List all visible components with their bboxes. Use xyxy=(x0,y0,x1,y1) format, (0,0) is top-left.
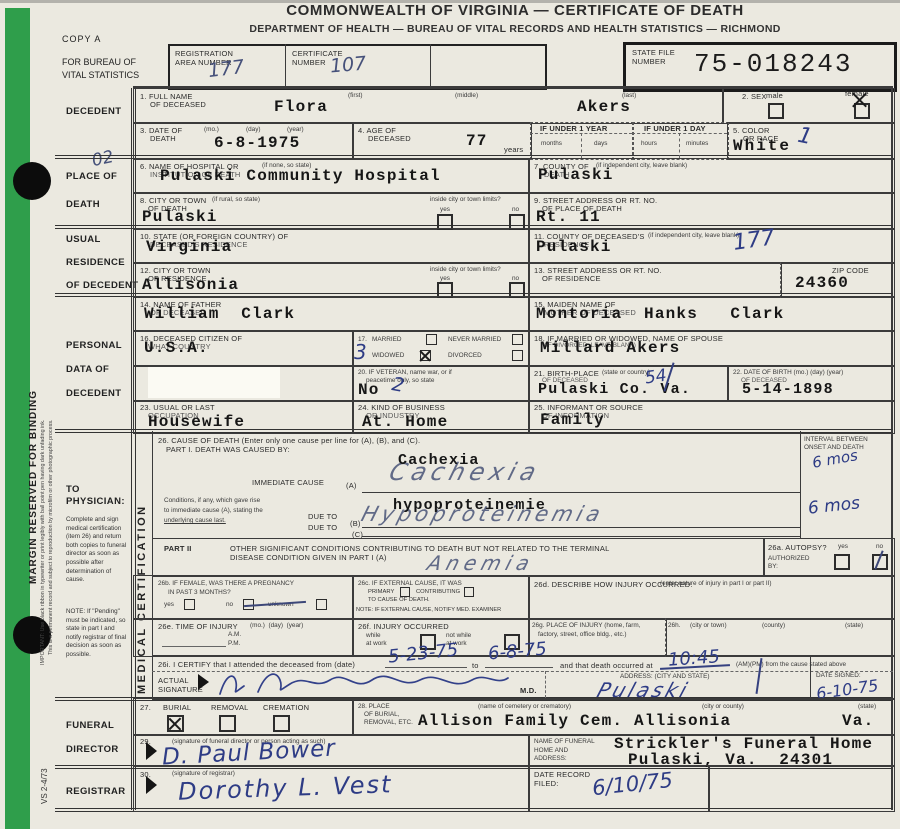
sidebar-decedent: DECEDENT xyxy=(66,106,121,117)
checkbox-never-married xyxy=(512,334,523,345)
cremation-label: CREMATION xyxy=(263,703,309,712)
place-of-injury-label-2: factory, street, office bldg., etc.) xyxy=(538,631,627,638)
county-of-death-value: Pulaski xyxy=(538,166,614,184)
injury-state-label: (state) xyxy=(845,622,863,629)
day-label: (day) xyxy=(246,126,261,133)
death-street-value: Rt. 11 xyxy=(536,208,601,226)
injury-city-label: (city or town) xyxy=(690,622,727,629)
residence-limits-no-label: no xyxy=(512,275,519,282)
external-primary-label: PRIMARY xyxy=(368,589,394,595)
binding-green-bar xyxy=(5,8,30,829)
registrar-empty-cell xyxy=(708,765,895,812)
sidebar-registrar: REGISTRAR xyxy=(66,786,126,797)
place-of-burial-label-2: OF BURIAL, xyxy=(364,711,400,718)
under-day-divider-v xyxy=(679,133,680,158)
form-code: VS 2-4/73 xyxy=(40,742,49,804)
city-limits-no-label: no xyxy=(512,206,519,213)
autopsy-yes-label: yes xyxy=(838,543,848,550)
residence-state-value: Virginia xyxy=(146,238,232,256)
sex-female-check-mark xyxy=(852,92,868,106)
due-to-c-label: DUE TO xyxy=(308,523,337,532)
checkbox-removal xyxy=(219,715,236,732)
registrar-arrow-icon xyxy=(146,776,157,794)
birthplace-value: Pulaski Co. Va. xyxy=(538,381,691,398)
first-name-value: Flora xyxy=(274,98,328,116)
never-married-label: NEVER MARRIED xyxy=(448,336,501,343)
bureau-label: FOR BUREAU OF VITAL STATISTICS xyxy=(62,56,139,82)
last-name-value: Akers xyxy=(577,98,631,116)
am-label: A.M. xyxy=(228,631,241,638)
disposition-num: 27. xyxy=(140,703,151,712)
sex-male-label: male xyxy=(766,91,783,100)
external-contributing-label: CONTRIBUTING xyxy=(416,589,460,595)
cause-a-line xyxy=(362,492,800,493)
mother-value: Montoria Hanks Clark xyxy=(536,305,784,323)
business-value: At. Home xyxy=(362,413,448,431)
burial-check-mark xyxy=(168,716,181,729)
injury-occurred-label: 26f. INJURY OCCURRED xyxy=(358,622,449,631)
age-label-2: DECEASED xyxy=(368,134,411,143)
pregnancy-no-label: no xyxy=(226,601,233,608)
sidebar-personal-data: PERSONAL DATA OF DECEDENT xyxy=(66,334,122,406)
part2-label: PART II xyxy=(164,544,192,553)
residence-county-paren: (if independent city, leave blank) xyxy=(648,232,739,239)
autopsy-authorized-label: AUTHORIZED BY: xyxy=(768,555,810,571)
sidebar-to-physician: TO PHYSICIAN: xyxy=(66,484,125,508)
middle-label: (middle) xyxy=(455,92,478,99)
hospital-value: Pulaski Community Hospital xyxy=(160,167,441,185)
signature-arrow-icon xyxy=(198,674,209,690)
actual-signature-label: ACTUAL SIGNATURE xyxy=(158,676,203,694)
external-cause-note: NOTE: IF EXTERNAL CAUSE, NOTIFY MED. EXA… xyxy=(356,607,501,613)
informant-value: Family xyxy=(540,411,605,429)
city-county-paren: (city or county) xyxy=(702,703,744,710)
injury-description-paren: (enter nature of injury in part I or par… xyxy=(660,580,772,587)
checkbox-pregnancy-unknown xyxy=(316,599,327,610)
state-file-label: STATE FILE NUMBER xyxy=(632,48,675,66)
residence-limits-yes-label: yes xyxy=(440,275,450,282)
pending-note: NOTE: If "Pending" must be indicated, so… xyxy=(66,608,130,660)
redaction-box xyxy=(148,367,280,398)
date-of-death-value: 6-8-1975 xyxy=(214,134,300,152)
checkbox-autopsy-yes xyxy=(834,554,850,570)
copy-a-label: COPY A xyxy=(62,34,101,44)
birthdate-value: 5-14-1898 xyxy=(742,381,834,398)
cause-label-1: 26. CAUSE OF DEATH (Enter only one cause… xyxy=(158,436,420,445)
months-label: months xyxy=(541,140,562,147)
registration-divider xyxy=(285,44,286,86)
signature-address-divider xyxy=(545,671,546,698)
spouse-value: Millard Akers xyxy=(540,339,680,357)
checkbox-cremation xyxy=(273,715,290,732)
external-cause-label-2: TO CAUSE OF DEATH. xyxy=(368,597,430,603)
days-label: days xyxy=(594,140,608,147)
hole-punch-top xyxy=(13,162,51,200)
external-cause-label-1: 26c. IF EXTERNAL CAUSE, IT WAS xyxy=(358,580,462,587)
residence-county-value: Pulaski xyxy=(536,238,612,256)
conditions-note: Conditions, if any, which gave rise to i… xyxy=(164,496,263,516)
checkbox-married xyxy=(426,334,437,345)
race-value: White xyxy=(733,137,791,155)
certify-text-mid: and that death occurred at xyxy=(560,661,653,670)
zip-value: 24360 xyxy=(795,274,849,292)
marital-code-mark: 3 xyxy=(354,340,367,364)
sidebar-usual-residence: USUAL RESIDENCE OF DECEDENT xyxy=(66,228,139,297)
mo-label: (mo.) xyxy=(204,126,219,133)
married-label: MARRIED xyxy=(372,336,401,343)
margin-important-text: IMPORTANT: Use black ribbon in typewrite… xyxy=(40,245,46,665)
checkbox-external-primary xyxy=(400,587,410,597)
city-limits-yes-label: yes xyxy=(440,206,450,213)
cemetery-paren: (name of cemetery or crematory) xyxy=(478,703,571,710)
age-years-label: years xyxy=(504,145,523,154)
immediate-cause-label: IMMEDIATE CAUSE xyxy=(252,478,324,487)
part2-handwriting: Anemia xyxy=(425,551,538,575)
checkbox-pregnancy-yes xyxy=(184,599,195,610)
widowed-check-mark xyxy=(419,349,431,361)
year-label: (year) xyxy=(287,126,304,133)
underlying-note: underlying cause last. xyxy=(164,517,226,524)
sex-label: 2. SEX xyxy=(742,92,767,101)
time-of-injury-line xyxy=(162,646,226,647)
birthdate-label-1: 22. DATE OF BIRTH (mo.) (day) (year) xyxy=(733,369,843,376)
citizen-value: U.S.A. xyxy=(144,339,209,357)
registration-area-value: 177 xyxy=(207,56,246,82)
date-of-death-label-2: DEATH xyxy=(150,134,176,143)
under-year-divider-v xyxy=(581,133,582,158)
date-filed-label: DATE RECORD FILED: xyxy=(534,770,590,788)
full-name-label-2: OF DECEASED xyxy=(150,100,206,109)
cause-a-typed: Cachexia xyxy=(398,452,480,469)
date-signed-divider xyxy=(810,655,811,698)
under-one-year-label: IF UNDER 1 YEAR xyxy=(540,124,607,133)
funeral-home-label: NAME OF FUNERAL HOME AND ADDRESS: xyxy=(534,738,595,764)
place-of-burial-label-1: 28. PLACE xyxy=(358,703,390,710)
residence-limits-label: inside city or town limits? xyxy=(430,266,501,273)
age-value: 77 xyxy=(466,132,488,150)
pm-label: P.M. xyxy=(228,640,240,647)
while-at-work-label: while at work xyxy=(366,632,387,648)
city-of-death-value: Pulaski xyxy=(142,208,218,226)
place-of-injury-label-1: 26g. PLACE OF INJURY (home, farm, xyxy=(532,622,640,629)
residence-city-value: Allisonia xyxy=(142,276,239,294)
funeral-signature-arrow-icon xyxy=(146,742,157,760)
state-paren: (state) xyxy=(858,703,876,710)
part2-text-1: OTHER SIGNIFICANT CONDITIONS CONTRIBUTIN… xyxy=(230,544,610,553)
due-to-b-label: DUE TO xyxy=(308,512,337,521)
state-file-number: 75-018243 xyxy=(694,49,852,79)
certificate-divider xyxy=(430,44,431,86)
cause-b-line xyxy=(362,527,800,528)
margin-permanent-text: This is a permanent record and subject t… xyxy=(48,255,54,655)
physician-note: Complete and sign medical certification … xyxy=(66,516,130,585)
city-limits-label: inside city or town limits? xyxy=(430,196,501,203)
pregnancy-label-2: IN PAST 3 MONTHS? xyxy=(168,589,231,596)
checkbox-external-contributing xyxy=(464,587,474,597)
pregnancy-label-1: 26b. IF FEMALE, WAS THERE A PREGNANCY xyxy=(158,580,294,587)
interval-column-divider xyxy=(800,431,801,538)
certificate-number-value: 107 xyxy=(329,52,367,77)
veteran-value: No xyxy=(358,381,380,399)
sidebar-place-of-death: PLACE OF DEATH xyxy=(66,163,117,219)
place-of-burial-label-3: REMOVAL, ETC. xyxy=(364,719,413,726)
checkbox-sex-male xyxy=(768,103,784,119)
cause-a-label: (A) xyxy=(346,481,357,490)
md-label: M.D. xyxy=(520,686,537,695)
time-of-injury-label: 26e. TIME OF INJURY xyxy=(158,622,238,631)
cause-label-2: PART I. DEATH WAS CAUSED BY: xyxy=(166,445,290,454)
city-of-death-paren: (if rural, so state) xyxy=(212,196,260,203)
autopsy-no-label: no xyxy=(876,543,883,550)
removal-label: REMOVAL xyxy=(211,703,249,712)
place-of-burial-value: Allison Family Cem. Allisonia xyxy=(418,712,731,730)
first-label: (first) xyxy=(348,92,363,99)
checkbox-divorced xyxy=(512,350,523,361)
autopsy-label: 26a. AUTOPSY? xyxy=(768,543,827,552)
certify-text-post: (AM)(PM) from the cause stated above xyxy=(736,661,846,668)
margin-binding-text: MARGIN RESERVED FOR BINDING xyxy=(28,268,39,584)
burial-label: BURIAL xyxy=(163,703,191,712)
certificate-title: COMMONWEALTH OF VIRGINIA — CERTIFICATE O… xyxy=(150,2,880,19)
hours-label: hours xyxy=(641,140,657,147)
occupation-value: Housewife xyxy=(148,413,245,431)
certificate-subtitle: DEPARTMENT OF HEALTH — BUREAU OF VITAL R… xyxy=(150,23,880,35)
cause-b-typed: hypoproteinemie xyxy=(393,497,546,514)
minutes-label: minutes xyxy=(686,140,708,147)
sidebar-funeral-director: FUNERAL DIRECTOR xyxy=(66,714,119,762)
injury-county-label: (county) xyxy=(762,622,785,629)
part2-text-2: DISEASE CONDITION GIVEN IN PART I (A) xyxy=(230,553,387,562)
pregnancy-yes-label: yes xyxy=(164,601,174,608)
physician-signature-scrawl xyxy=(214,668,514,698)
death-certificate-scan: COMMONWEALTH OF VIRGINIA — CERTIFICATE O… xyxy=(0,0,900,829)
time-of-injury-parts: (mo.) (day) (year) xyxy=(250,622,303,629)
father-value: William Clark xyxy=(144,305,295,323)
injury-location-num: 26h. xyxy=(668,622,680,629)
residence-street-label-2: OF RESIDENCE xyxy=(542,274,601,283)
cause-c-line xyxy=(362,536,800,537)
divorced-label: DIVORCED xyxy=(448,352,482,359)
under-one-day-label: IF UNDER 1 DAY xyxy=(644,124,706,133)
burial-state-value: Va. xyxy=(842,712,874,730)
widowed-label: WIDOWED xyxy=(372,352,404,359)
